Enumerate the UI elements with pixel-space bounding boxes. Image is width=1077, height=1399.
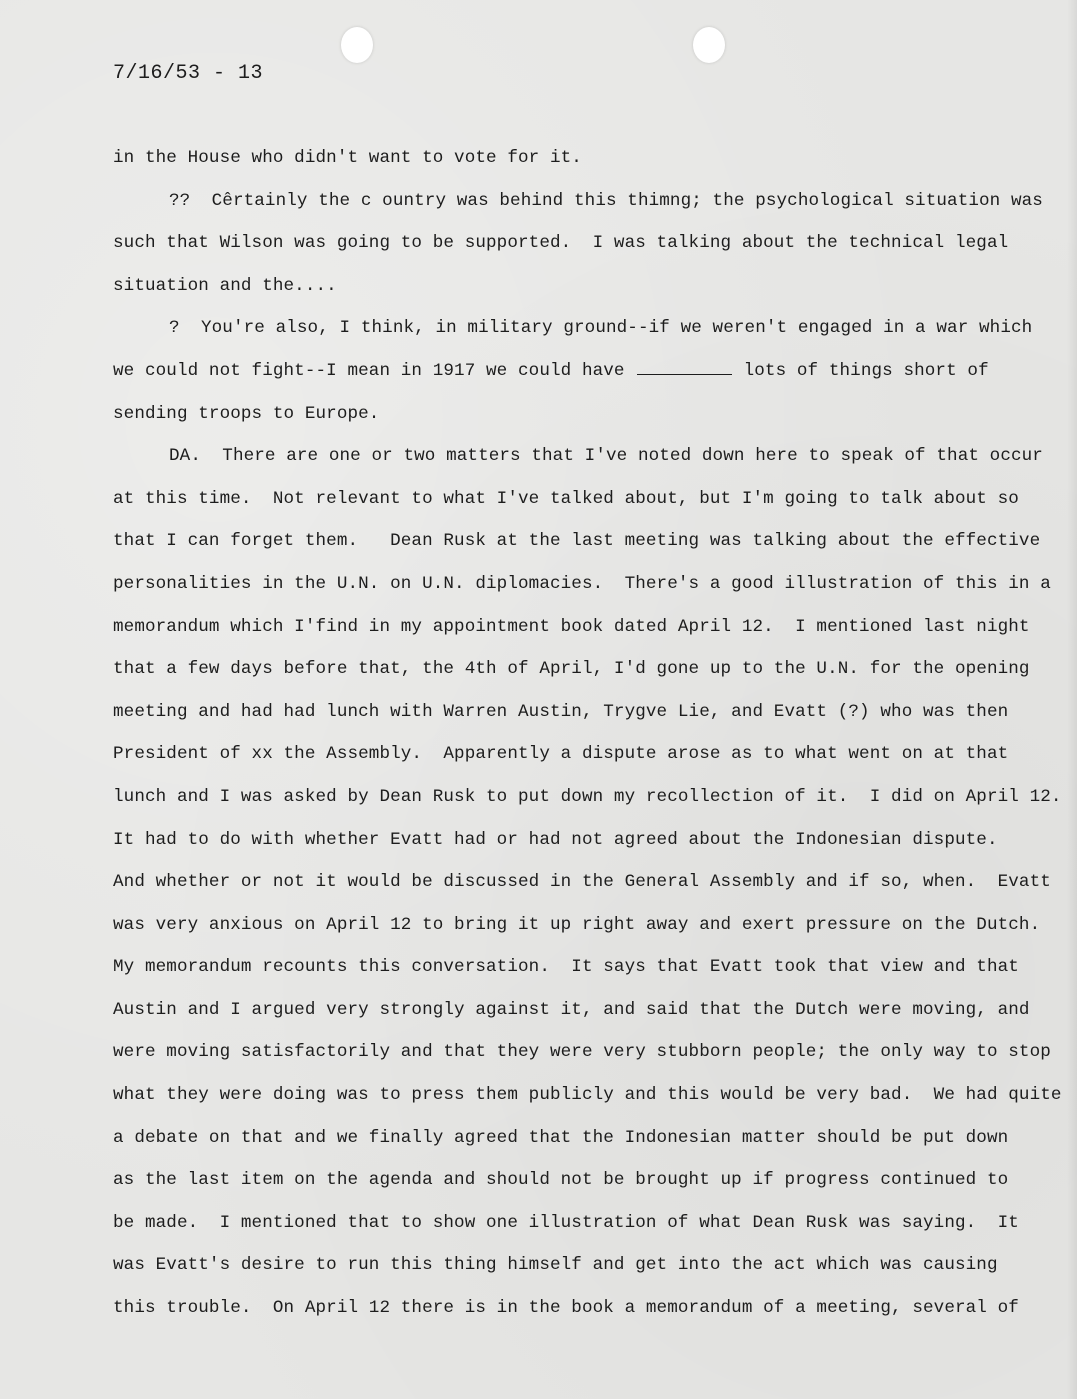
text-line: be made. I mentioned that to show one il… — [113, 1207, 1063, 1250]
text-line: personalities in the U.N. on U.N. diplom… — [113, 568, 1063, 611]
text-line: were moving satisfactorily and that they… — [113, 1036, 1063, 1079]
text-line: as the last item on the agenda and shoul… — [113, 1164, 1063, 1207]
text-line: that a few days before that, the 4th of … — [113, 653, 1063, 696]
text-line: was very anxious on April 12 to bring it… — [113, 909, 1063, 952]
text-line: that I can forget them. Dean Rusk at the… — [113, 525, 1063, 568]
text-line: lunch and I was asked by Dean Rusk to pu… — [113, 781, 1063, 824]
text-line: DA. There are one or two matters that I'… — [113, 440, 1063, 483]
text-line: It had to do with whether Evatt had or h… — [113, 824, 1063, 867]
text-line: memorandum which I'find in my appointmen… — [113, 611, 1063, 654]
text-segment: lots of things short of — [744, 361, 989, 381]
fill-in-blank — [637, 356, 732, 375]
text-line: meeting and had had lunch with Warren Au… — [113, 696, 1063, 739]
text-line: situation and the.... — [113, 270, 1063, 313]
text-segment: we could not fight--I mean in 1917 we co… — [113, 361, 625, 381]
text-line: such that Wilson was going to be support… — [113, 227, 1063, 270]
text-line: President of xx the Assembly. Apparently… — [113, 738, 1063, 781]
text-line: ?? Cêrtainly the c ountry was behind thi… — [113, 185, 1063, 228]
text-line: ? You're also, I think, in military grou… — [113, 312, 1063, 355]
text-line: And whether or not it would be discussed… — [113, 866, 1063, 909]
punch-hole-left — [341, 27, 373, 63]
document-body: in the House who didn't want to vote for… — [113, 142, 1063, 1335]
text-line: sending troops to Europe. — [113, 398, 1063, 441]
page-header: 7/16/53 - 13 — [113, 62, 263, 85]
punch-hole-right — [693, 27, 725, 63]
text-line-with-blank: we could not fight--I mean in 1917 we co… — [113, 355, 1063, 398]
text-line: at this time. Not relevant to what I've … — [113, 483, 1063, 526]
text-line: in the House who didn't want to vote for… — [113, 142, 1063, 185]
text-line: Austin and I argued very strongly agains… — [113, 994, 1063, 1037]
paper-edge-shadow — [1067, 0, 1077, 1399]
text-line: was Evatt's desire to run this thing him… — [113, 1249, 1063, 1292]
text-line: a debate on that and we finally agreed t… — [113, 1122, 1063, 1165]
text-line: this trouble. On April 12 there is in th… — [113, 1292, 1063, 1335]
text-line: My memorandum recounts this conversation… — [113, 951, 1063, 994]
text-line: what they were doing was to press them p… — [113, 1079, 1063, 1122]
